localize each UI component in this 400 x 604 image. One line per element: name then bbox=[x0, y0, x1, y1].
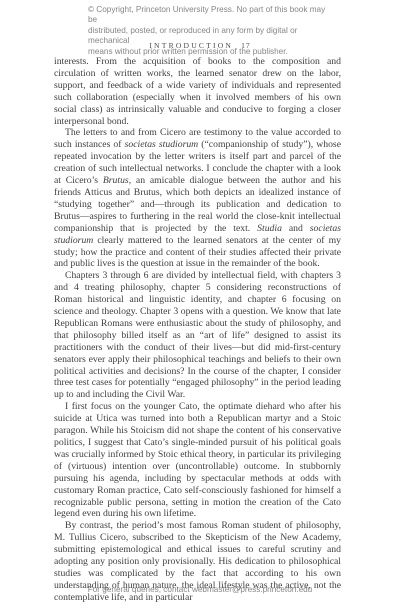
footer-query-note: For general queries, contact webmaster@p… bbox=[0, 585, 400, 594]
text-run: interests. From the acquisition of books… bbox=[54, 56, 341, 127]
body-text: interests. From the acquisition of books… bbox=[54, 56, 341, 604]
text-run: I first focus on the younger Cato, the o… bbox=[54, 401, 341, 519]
paragraph: Chapters 3 through 6 are divided by inte… bbox=[54, 270, 341, 401]
italic-text: Brutus bbox=[103, 175, 129, 186]
paragraph: The letters to and from Cicero are testi… bbox=[54, 127, 341, 270]
running-head-title: INTRODUCTION bbox=[149, 41, 233, 50]
text-run: Chapters 3 through 6 are divided by inte… bbox=[54, 270, 341, 400]
paragraph: I first focus on the younger Cato, the o… bbox=[54, 401, 341, 520]
running-head: INTRODUCTION17 bbox=[0, 41, 400, 50]
italic-text: Studia bbox=[257, 223, 282, 234]
italic-text: societas studiorum bbox=[125, 139, 199, 150]
text-run: and bbox=[282, 223, 310, 234]
page-number: 17 bbox=[241, 41, 251, 50]
paragraph: interests. From the acquisition of books… bbox=[54, 56, 341, 127]
book-page: { "copyright": { "lines": [ "© Copyright… bbox=[0, 0, 400, 604]
text-run: clearly mattered to the learned senators… bbox=[54, 235, 341, 270]
copyright-line: © Copyright, Princeton University Press.… bbox=[88, 5, 328, 26]
